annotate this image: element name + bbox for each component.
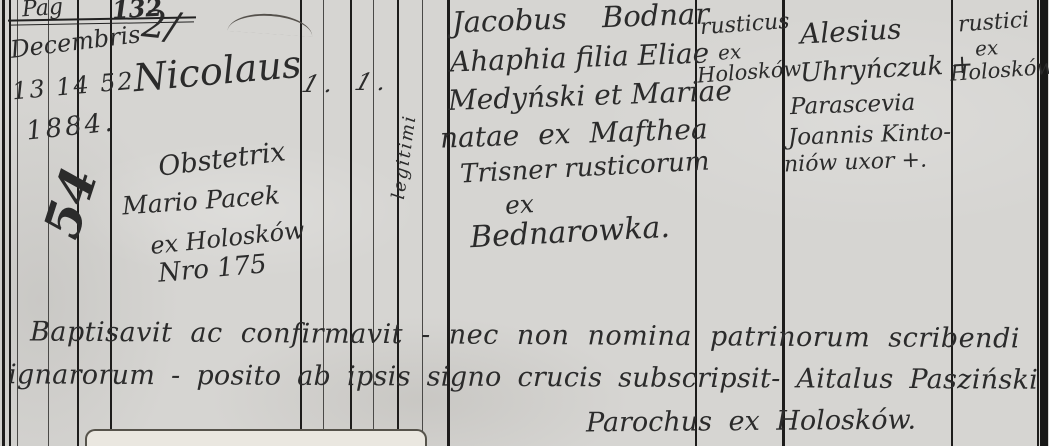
register-scan-page: Pag 132 Decembris 2/ 13 14 52 1884. 54 N… [0,0,1049,446]
parents-entry-line: Ahaphia filia Eliae [450,39,710,76]
godparents-status: rustici [957,10,1030,37]
legitimacy-note: legitimi [390,113,420,200]
father-status: rusticus [699,11,790,39]
column-rule [2,0,5,446]
godparent-name: Uhryńczuk + [799,51,973,86]
record-number: 54 [36,162,105,244]
godparent-name: niów uxor +. [784,150,928,177]
parents-entry-line: ex [504,191,535,218]
record-year: 1884. [25,109,117,144]
godparent-name: Parascevia [790,92,916,119]
midwife-name: Mario Pacek [121,183,280,219]
parents-entry-line: Bednarowka. [469,213,670,253]
godparents-status: ex [974,37,998,59]
footer-note-line: Parochus ex Holosków. [586,407,916,437]
footer-note-line: ignarorum - posito ab ipsis signo crucis… [8,361,1038,393]
tally-mark: 1 . [352,70,390,94]
godparent-name: Joannis Kinto- [788,121,952,150]
bottom-overlay-fragment [85,429,427,446]
parents-entry-line: Jacobus Bodnar [452,0,710,37]
godparent-name: Alesius [799,15,902,48]
midwife-house-number: Nro 175 [157,251,268,286]
record-month: Decembris [9,22,142,62]
midwife-title: Obstetrix [157,138,287,180]
footer-note-line: Baptisavit ac confirmavit - nec non nomi… [30,319,1020,353]
record-day-mark: 2/ [140,4,181,46]
tally-mark: 1 . [299,72,337,96]
parents-entry-line: Medyński et Mariae [448,77,733,115]
father-status: ex [717,41,741,63]
parents-entry-line: Trisner rusticorum [459,148,710,187]
parents-entry-line: natae ex Mafthea [440,115,709,152]
record-date-numbers: 13 14 52 [11,69,135,104]
father-status: Holosków [696,58,802,86]
godparents-status: Holosków. [949,56,1049,85]
baptized-name: Nicolaus [132,45,303,98]
